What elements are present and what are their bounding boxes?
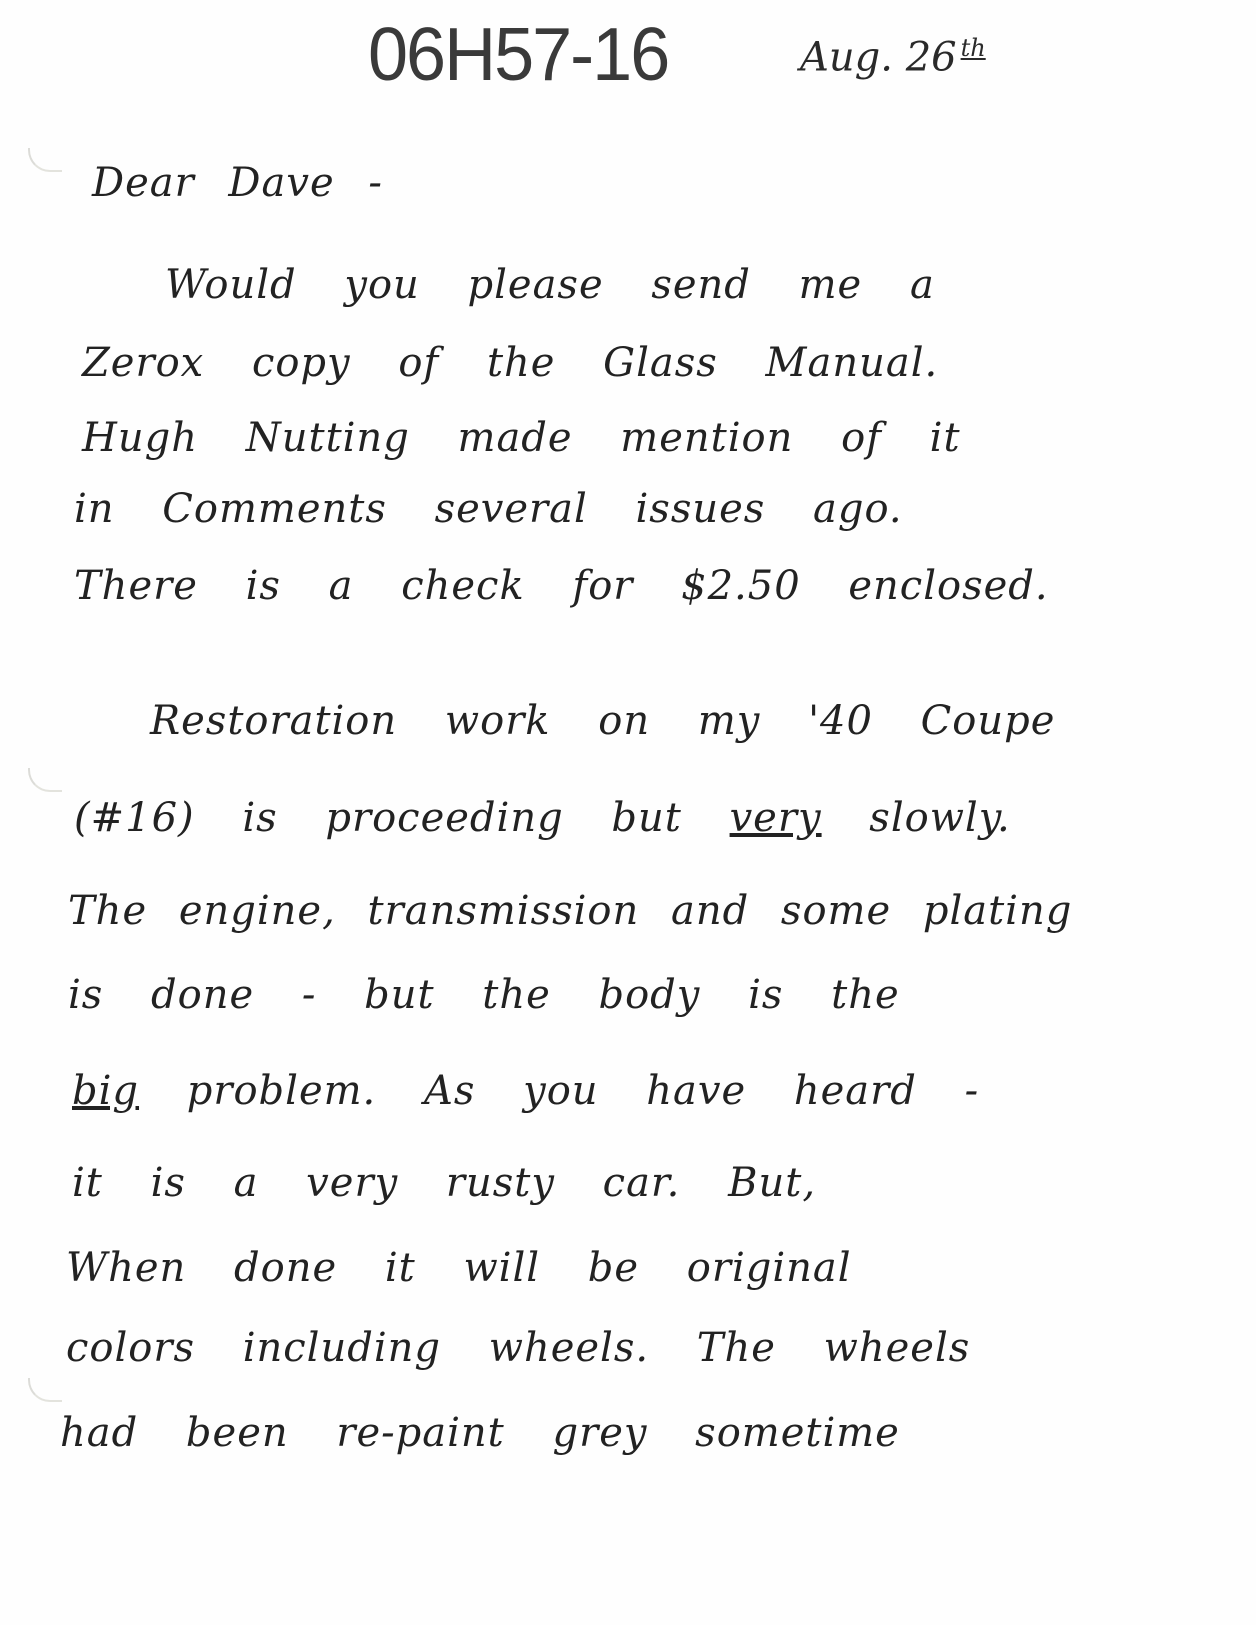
date-suffix: th xyxy=(961,34,986,62)
date-day: 26 xyxy=(906,34,957,80)
salutation: Dear Dave - xyxy=(92,160,383,206)
underlined-word: very xyxy=(730,795,822,841)
letter-date: Aug. 26th xyxy=(800,34,986,80)
letter-line: Hugh Nutting made mention of it xyxy=(82,415,961,461)
reference-number: 06H57-16 xyxy=(368,12,668,98)
date-month: Aug. xyxy=(800,34,893,80)
letter-line: had been re-paint grey sometime xyxy=(60,1410,900,1456)
hole-punch-mark xyxy=(28,148,62,172)
letter-line: big problem. As you have heard - xyxy=(72,1068,979,1114)
letter-line: it is a very rusty car. But, xyxy=(72,1160,816,1206)
letter-line: Zerox copy of the Glass Manual. xyxy=(82,340,938,386)
letter-line: is done - but the body is the xyxy=(68,972,900,1018)
letter-line: When done it will be original xyxy=(66,1245,852,1291)
letter-line: Restoration work on my '40 Coupe xyxy=(150,698,1055,744)
hole-punch-mark xyxy=(28,768,62,792)
underlined-word: big xyxy=(72,1068,139,1114)
letter-line: Would you please send me a xyxy=(165,262,935,308)
letter-line: in Comments several issues ago. xyxy=(74,486,903,532)
letter-page: 06H57-16 Aug. 26th Dear Dave - Would you… xyxy=(0,0,1256,1625)
letter-line: (#16) is proceeding but very slowly. xyxy=(74,795,1011,841)
letter-line: The engine, transmission and some platin… xyxy=(68,888,1072,934)
letter-line: There is a check for $2.50 enclosed. xyxy=(74,563,1049,609)
hole-punch-mark xyxy=(28,1378,62,1402)
letter-line: colors including wheels. The wheels xyxy=(66,1325,970,1371)
